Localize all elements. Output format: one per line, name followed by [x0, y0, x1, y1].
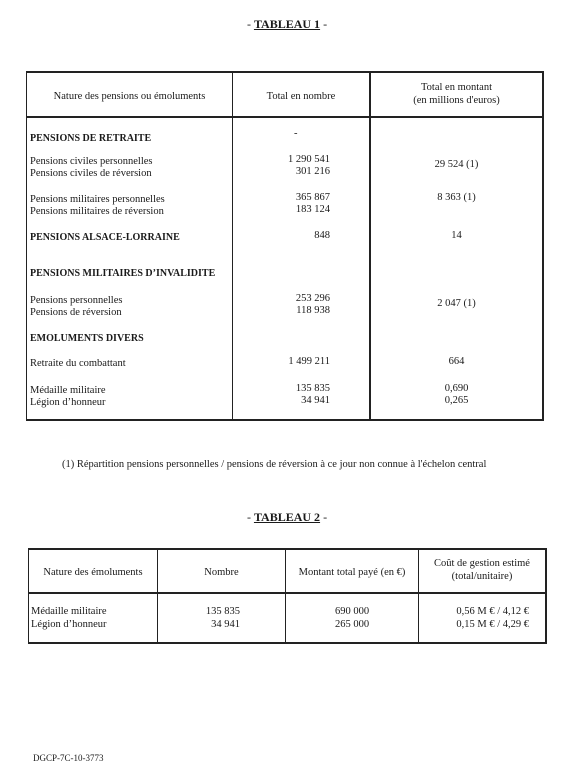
header-nature: Nature des pensions ou émoluments [27, 91, 232, 103]
border-right [542, 71, 544, 421]
section-invalidite: PENSIONS MILITAIRES D’INVALIDITE [30, 268, 215, 280]
row-nombre: 34 941 [250, 395, 330, 407]
border-left [28, 548, 29, 644]
row-nombre: 301 216 [250, 166, 330, 178]
row-label: Médaille militaire [30, 385, 106, 397]
retraite-montant-civiles: 29 524 (1) [371, 159, 542, 171]
row-montant: 265 000 [286, 619, 418, 631]
row-cout: 0,56 M € / 4,12 € [419, 606, 529, 618]
header-montant: Total en montant [371, 82, 542, 94]
row-nombre: 365 867 [250, 192, 330, 204]
header-nature: Nature des émoluments [29, 567, 157, 579]
row-montant: 664 [371, 356, 542, 368]
row-nombre: 135 835 [250, 383, 330, 395]
row-cout: 0,15 M € / 4,29 € [419, 619, 529, 631]
section-retraite: PENSIONS DE RETRAITE [30, 133, 151, 145]
row-montant: 0,690 [371, 383, 542, 395]
header-divider [26, 116, 544, 118]
border-top [28, 548, 547, 550]
header-montant: Montant total payé (en €) [286, 567, 418, 579]
invalidite-montant: 2 047 (1) [371, 298, 542, 310]
border-right [545, 548, 547, 644]
row-nombre: 118 938 [250, 305, 330, 317]
row-label: Retraite du combattant [30, 358, 126, 370]
row-nombre: 1 499 211 [250, 356, 330, 368]
col-divider-2 [369, 71, 371, 421]
title-suffix: - [320, 510, 327, 524]
row-label: Pensions personnelles [30, 295, 122, 307]
row-label: Pensions de réversion [30, 307, 122, 319]
footnote: (1) Répartition pensions personnelles / … [62, 459, 486, 471]
row-nombre: 183 124 [250, 204, 330, 216]
row-label: Pensions civiles personnelles [30, 156, 152, 168]
col-divider-1 [232, 71, 233, 421]
document-reference: DGCP-7C-10-3773 [33, 752, 104, 764]
header-nombre: Total en nombre [233, 91, 369, 103]
header-divider [28, 592, 547, 594]
header-nombre: Nombre [158, 567, 285, 579]
row-nombre: 253 296 [250, 293, 330, 305]
col-divider-1 [157, 548, 158, 644]
header-cout-unit: (total/unitaire) [419, 571, 545, 583]
tableau2-title: - TABLEAU 2 - [0, 510, 574, 525]
row-label: Pensions militaires personnelles [30, 194, 165, 206]
section-alsace: PENSIONS ALSACE-LORRAINE [30, 232, 180, 244]
retraite-nombre: - [294, 128, 298, 140]
border-left [26, 71, 27, 421]
header-montant-unit: (en millions d'euros) [371, 95, 542, 107]
row-nombre: 135 835 [180, 606, 240, 618]
alsace-montant: 14 [371, 230, 542, 242]
row-montant: 0,265 [371, 395, 542, 407]
row-nombre: 34 941 [180, 619, 240, 631]
title-prefix: - [247, 17, 254, 31]
retraite-montant-militaires: 8 363 (1) [371, 192, 542, 204]
border-top [26, 71, 544, 73]
row-label: Médaille militaire [31, 606, 107, 618]
border-bottom [26, 419, 544, 421]
alsace-nombre: 848 [250, 230, 330, 242]
row-label: Légion d’honneur [31, 619, 107, 631]
row-label: Légion d’honneur [30, 397, 106, 409]
tableau1-title: - TABLEAU 1 - [0, 17, 574, 32]
header-cout: Coût de gestion estimé [419, 558, 545, 570]
row-label: Pensions civiles de réversion [30, 168, 152, 180]
row-nombre: 1 290 541 [250, 154, 330, 166]
title-text: TABLEAU 1 [254, 17, 320, 31]
title-prefix: - [247, 510, 254, 524]
title-text: TABLEAU 2 [254, 510, 320, 524]
border-bottom [28, 642, 547, 644]
section-emoluments: EMOLUMENTS DIVERS [30, 333, 144, 345]
title-suffix: - [320, 17, 327, 31]
row-label: Pensions militaires de réversion [30, 206, 164, 218]
row-montant: 690 000 [286, 606, 418, 618]
